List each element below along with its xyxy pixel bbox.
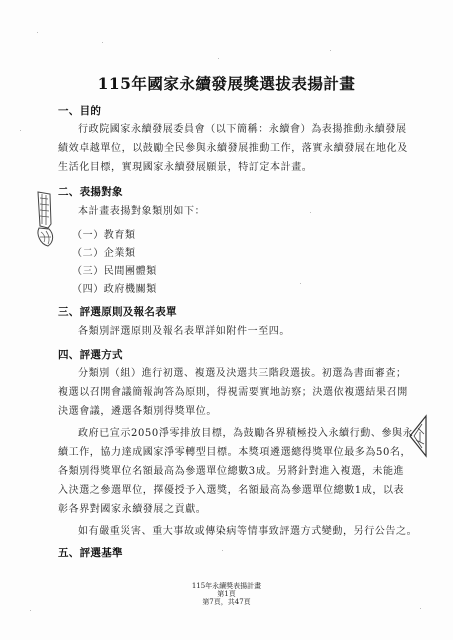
list-item-enterprise: （二）企業類 xyxy=(72,244,136,259)
section-heading-criteria: 三、評選原則及報名表單 xyxy=(58,304,177,319)
paragraph-line: 續工作，協力達成國家淨零轉型目標。本獎項遴選總得獎單位最多為50名， xyxy=(58,443,393,462)
section-method-paragraph-1: 分類別（組）進行初選、複選及決選共三階段選拔。初選為書面審查； 複選以召開會議簡… xyxy=(58,364,393,421)
paragraph-line: 分類別（組）進行初選、複選及決選共三階段選拔。初選為書面審查； xyxy=(78,368,407,379)
paragraph-line: 各類別評選原則及報名表單詳如附件一至四。 xyxy=(78,326,290,337)
document-page: 115年國家永續發展獎選拔表揚計畫 一、目的 行政院國家永續發展委員會（以下簡稱… xyxy=(0,0,453,640)
seal-stamp-icon xyxy=(34,190,56,250)
seal-stamp-icon xyxy=(408,412,430,458)
paragraph-line: 政府已宣示2050淨零排放目標，為鼓勵各界積極投入永續行動、參與永 xyxy=(78,428,413,439)
paragraph-line: 如有嚴重災害、重大事故或傳染病等情事致評選方式變動，另行公告之。 xyxy=(78,526,417,537)
list-item-education: （一）教育類 xyxy=(72,226,136,241)
section-method-paragraph-2: 政府已宣示2050淨零排放目標，為鼓勵各界積極投入永續行動、參與永 續工作，協力… xyxy=(58,424,393,519)
page-footer: 115年永續獎表揚計畫 第1頁 第7頁，共47頁 xyxy=(0,582,453,606)
section-criteria-paragraph: 各類別評選原則及報名表單詳如附件一至四。 xyxy=(58,322,393,341)
section-heading-method: 四、評選方式 xyxy=(58,347,123,362)
targets-intro-text: 本計畫表揚對象類別如下： xyxy=(78,206,205,217)
list-item-government: （四）政府機關類 xyxy=(72,280,157,295)
section-purpose-paragraph: 行政院國家永續發展委員會（以下簡稱：永續會）為表揚推動永續發展 績效卓越單位，以… xyxy=(58,120,393,177)
paragraph-line: 行政院國家永續發展委員會（以下簡稱：永續會）為表揚推動永續發展 xyxy=(78,124,407,135)
section-targets-intro: 本計畫表揚對象類別如下： xyxy=(58,202,393,221)
section-method-paragraph-3: 如有嚴重災害、重大事故或傳染病等情事致評選方式變動，另行公告之。 xyxy=(58,522,393,541)
paragraph-line: 入決選之參選單位，擇優授予入選獎，名額最高為參選單位總數1成，以表 xyxy=(58,481,393,500)
footer-page-label: 第1頁 xyxy=(0,590,453,598)
paragraph-line: 各類別得獎單位名額最高為參選單位總數3成。另將針對進入複選，未能進 xyxy=(58,462,393,481)
paragraph-line: 生活化目標，實現國家永續發展願景，特訂定本計畫。 xyxy=(58,158,393,177)
paragraph-line: 複選以召開會議簡報詢答為原則，得視需要實地訪察；決選依複選結果召開 xyxy=(58,383,393,402)
section-heading-standards: 五、評選基準 xyxy=(58,545,123,560)
section-heading-purpose: 一、目的 xyxy=(58,103,101,118)
document-title: 115年國家永續發展獎選拔表揚計畫 xyxy=(0,72,453,94)
footer-doc-name: 115年永續獎表揚計畫 xyxy=(0,582,453,590)
footer-page-of-total: 第7頁，共47頁 xyxy=(0,598,453,606)
paragraph-line: 彰各界對國家永續發展之貢獻。 xyxy=(58,500,393,519)
paragraph-line: 績效卓越單位，以鼓勵全民參與永續發展推動工作，落實永續發展在地化及 xyxy=(58,139,393,158)
paragraph-line: 決選會議，遴選各類別得獎單位。 xyxy=(58,402,393,421)
section-heading-targets: 二、表揚對象 xyxy=(58,184,123,199)
list-item-civil-group: （三）民間團體類 xyxy=(72,262,157,277)
